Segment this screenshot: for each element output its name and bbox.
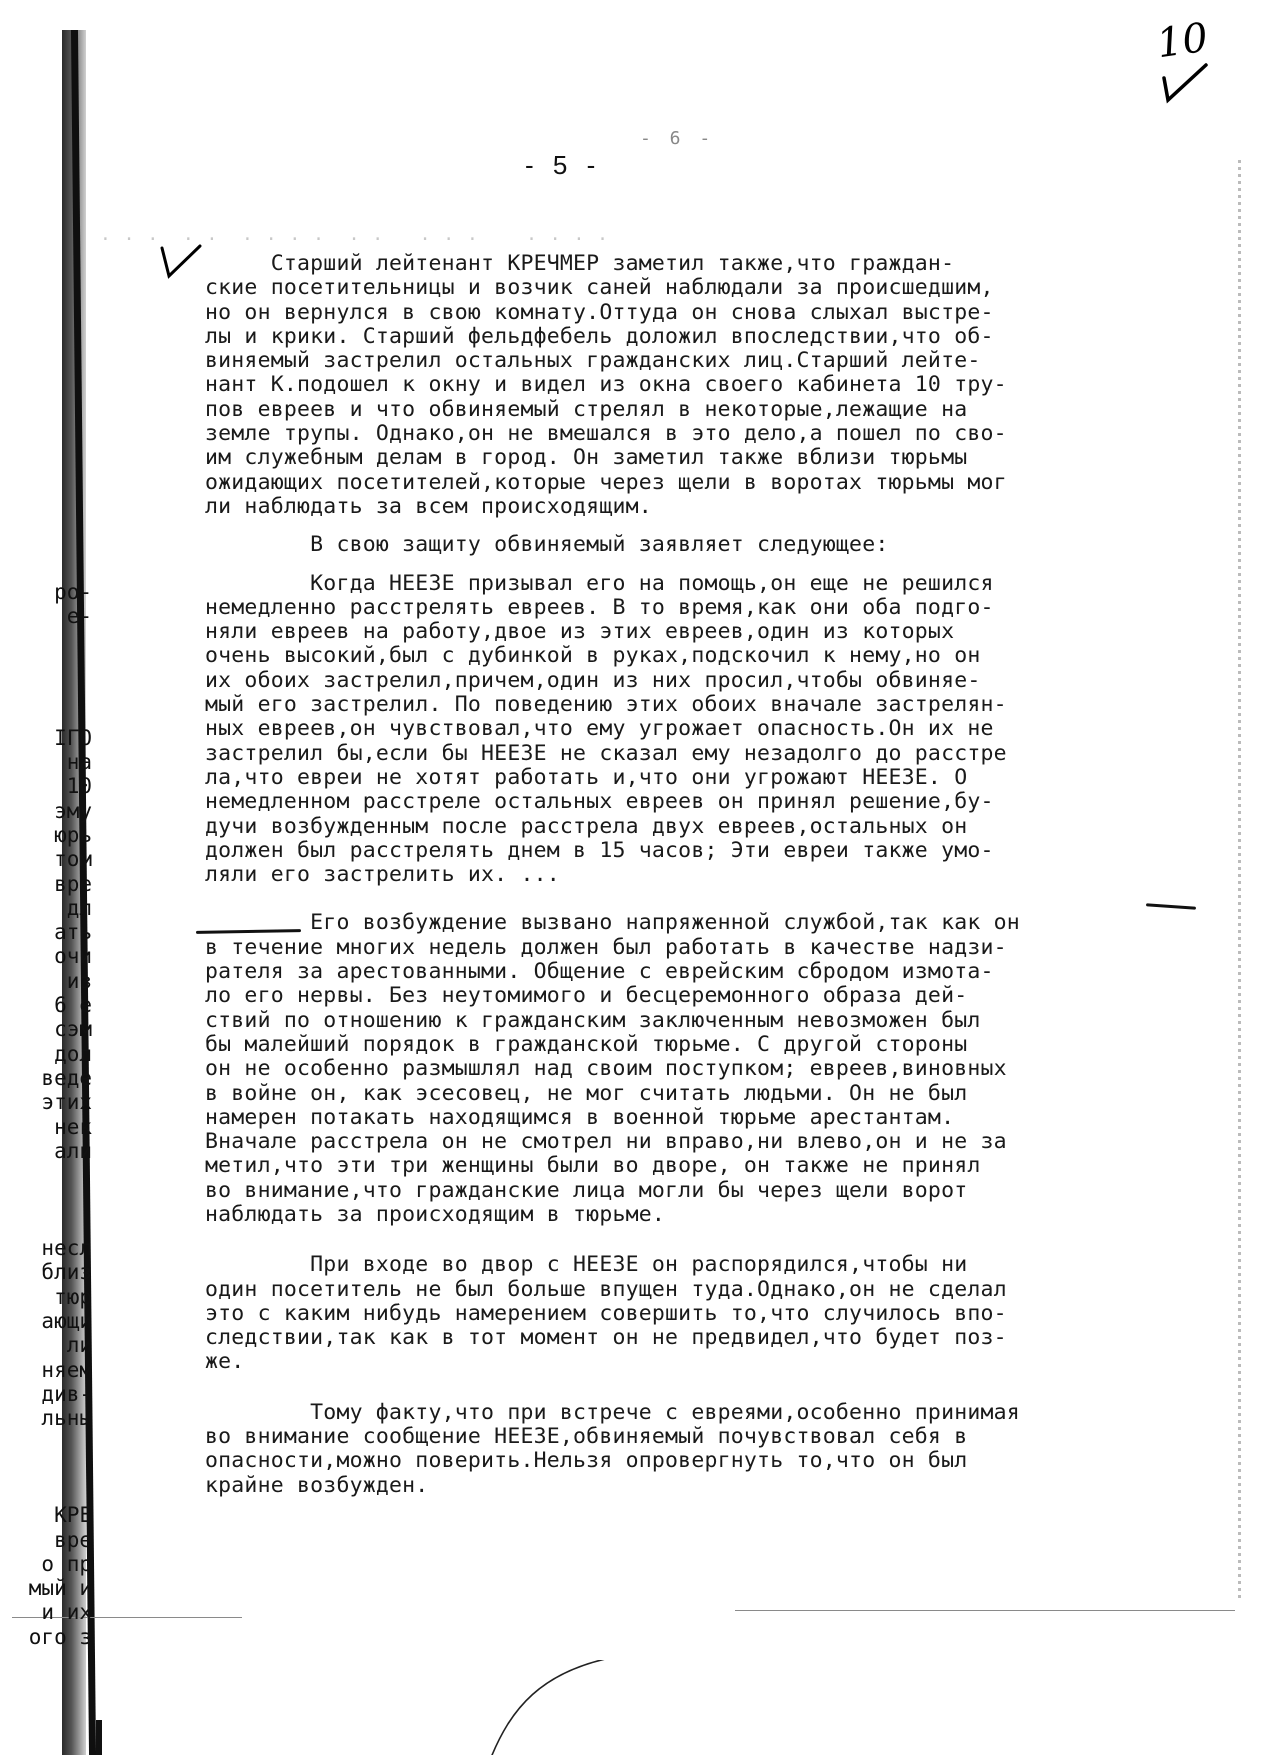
margin-fragment: е- [12, 604, 92, 628]
text-line: нант К.подошел к окну и видел из окна св… [205, 373, 1255, 397]
page-number: - 5 - [525, 150, 601, 181]
margin-fragment [12, 1430, 92, 1454]
margin-fragment: ающи [12, 1309, 92, 1333]
text-line: во внимание сообщение НЕЕЗЕ,обвиняемый п… [205, 1425, 1255, 1449]
text-line: Вначале расстрела он не смотрел ни вправ… [205, 1130, 1255, 1154]
margin-fragment: ро- [12, 580, 92, 604]
margin-fragment: див- [12, 1382, 92, 1406]
margin-fragment: сэм [12, 1017, 92, 1041]
text-line: ские посетительницы и возчик саней наблю… [205, 276, 1255, 300]
text-line: Тому факту,что при встрече с евреями,осо… [205, 1401, 1255, 1425]
paragraph-gap [205, 1375, 1255, 1401]
adjacent-page-margin-fragments: ро-е- IГОна10эмуюрьтомвредлатьочииз6 есэ… [12, 580, 92, 1649]
margin-fragment [12, 1187, 92, 1211]
margin-fragment: несл [12, 1236, 92, 1260]
margin-fragment: ли [12, 1333, 92, 1357]
margin-fragment: близ [12, 1260, 92, 1284]
text-line: очень высокий,был с дубинкой в руках,под… [205, 644, 1255, 668]
text-line: виняемый застрелил остальных гражданских… [205, 349, 1255, 373]
text-line: застрелил бы,если бы НЕЕЗЕ не сказал ему… [205, 742, 1255, 766]
text-line: Когда НЕЕЗЕ призывал его на помощь,он ещ… [205, 572, 1255, 596]
margin-fragment: али [12, 1139, 92, 1163]
margin-fragment: КРЕ [12, 1503, 92, 1527]
margin-fragment [12, 701, 92, 725]
bottom-rule-right [735, 1610, 1235, 1611]
margin-fragment [12, 677, 92, 701]
paragraph-gap [205, 1227, 1255, 1253]
text-line: В свою защиту обвиняемый заявляет следую… [205, 533, 1255, 557]
margin-fragment: веде [12, 1066, 92, 1090]
margin-fragment: о пр [12, 1552, 92, 1576]
text-line: Старший лейтенант КРЕЧМЕР заметил также,… [205, 252, 1255, 276]
text-line: в войне он, как эсесовец, не мог считать… [205, 1082, 1255, 1106]
paragraph-neese-help: Когда НЕЕЗЕ призывал его на помощь,он ещ… [205, 572, 1255, 888]
text-line: метил,что эти три женщины были во дворе,… [205, 1154, 1255, 1178]
pen-stroke [470, 1660, 670, 1755]
margin-fragment: вре [12, 872, 92, 896]
text-line: дучи возбужденным после расстрела двух е… [205, 815, 1255, 839]
margin-fragment: ого з [12, 1625, 92, 1649]
text-line: крайне возбужден. [205, 1474, 1255, 1498]
text-line: во внимание,что гражданские лица могли б… [205, 1179, 1255, 1203]
text-line: это с каким нибудь намерением совершить … [205, 1302, 1255, 1326]
text-line: бы малейший порядок в гражданской тюрьме… [205, 1033, 1255, 1057]
text-line: их обоих застрелил,причем,один из них пр… [205, 669, 1255, 693]
text-line: же. [205, 1350, 1255, 1374]
paragraph-conclusion: Тому факту,что при встрече с евреями,осо… [205, 1401, 1255, 1498]
paragraph-gap [205, 558, 1255, 572]
text-line: опасности,можно поверить.Нельзя опроверг… [205, 1449, 1255, 1473]
paragraph-gap [205, 887, 1255, 911]
text-line: он не особенно размышлял над своим посту… [205, 1057, 1255, 1081]
margin-fragment: мый и [12, 1576, 92, 1600]
text-line: рателя за арестованными. Общение с еврей… [205, 960, 1255, 984]
margin-fragment: юрь [12, 823, 92, 847]
text-line: няли евреев на работу,двое из этих еврее… [205, 620, 1255, 644]
heading-defense: В свою защиту обвиняемый заявляет следую… [205, 533, 1255, 557]
bleed-through-text: · · · · · · · · · · · · · · · · · · [100, 228, 609, 252]
text-line: немедленном расстреле остальных евреев о… [205, 790, 1255, 814]
scanned-document-page: 10 - 6 - - 5 - · · · · · · · · · · · · ·… [0, 0, 1275, 1755]
margin-fragment: IГО [12, 726, 92, 750]
text-line: ожидающих посетителей,которые через щели… [205, 471, 1255, 495]
text-line: ных евреев,он чувствовал,что ему угрожае… [205, 717, 1255, 741]
document-body: Старший лейтенант КРЕЧМЕР заметил также,… [205, 252, 1255, 1498]
handwritten-check-icon [1160, 60, 1210, 105]
text-line: но он вернулся в свою комнату.Оттуда он … [205, 301, 1255, 325]
text-line: ляли его застрелить их. ... [205, 863, 1255, 887]
margin-fragment: тюр [12, 1285, 92, 1309]
margin-fragment: том [12, 847, 92, 871]
margin-fragment [12, 1455, 92, 1479]
text-line: лы и крики. Старший фельдфебель доложил … [205, 325, 1255, 349]
margin-fragment: няем [12, 1358, 92, 1382]
text-line: наблюдать за происходящим в тюрьме. [205, 1203, 1255, 1227]
margin-fragment [12, 1479, 92, 1503]
margin-fragment: нек [12, 1115, 92, 1139]
margin-fragment: вре [12, 1528, 92, 1552]
paragraph-excitement: Его возбуждение вызвано напряженной служ… [205, 911, 1255, 1227]
paragraph-courtyard: При входе во двор с НЕЕЗЕ он распорядилс… [205, 1253, 1255, 1374]
text-line: следствии,так как в тот момент он не пре… [205, 1326, 1255, 1350]
margin-fragment: эму [12, 799, 92, 823]
text-line: немедленно расстрелять евреев. В то врем… [205, 596, 1255, 620]
text-line: намерен потакать находящимся в военной т… [205, 1106, 1255, 1130]
margin-fragment: льны [12, 1406, 92, 1430]
margin-fragment: и их [12, 1600, 92, 1624]
faint-page-number: - 6 - [640, 128, 714, 149]
margin-fragment [12, 629, 92, 653]
text-line: ла,что евреи не хотят работать и,что они… [205, 766, 1255, 790]
text-line: ли наблюдать за всем происходящим. [205, 495, 1255, 519]
text-line: Его возбуждение вызвано напряженной служ… [205, 911, 1255, 935]
text-line: мый его застрелил. По поведению этих обо… [205, 693, 1255, 717]
text-line: должен был расстрелять днем в 15 часов; … [205, 839, 1255, 863]
text-line: пов евреев и что обвиняемый стрелял в не… [205, 398, 1255, 422]
margin-fragment: на [12, 750, 92, 774]
margin-fragment [12, 653, 92, 677]
binding-foot [96, 1720, 102, 1755]
margin-fragment: 6 е [12, 993, 92, 1017]
margin-fragment: дл [12, 896, 92, 920]
text-line: в течение многих недель должен был работ… [205, 936, 1255, 960]
margin-fragment: очи [12, 944, 92, 968]
text-line: При входе во двор с НЕЕЗЕ он распорядилс… [205, 1253, 1255, 1277]
margin-fragment [12, 1163, 92, 1187]
text-line: земле трупы. Однако,он не вмешался в это… [205, 422, 1255, 446]
text-line: ло его нервы. Без неутомимого и бесцерем… [205, 984, 1255, 1008]
text-line: один посетитель не был больше впущен туд… [205, 1278, 1255, 1302]
paragraph-kretschmer: Старший лейтенант КРЕЧМЕР заметил также,… [205, 252, 1255, 519]
margin-fragment: дол [12, 1042, 92, 1066]
margin-fragment [12, 1212, 92, 1236]
margin-fragment: ать [12, 920, 92, 944]
margin-fragment: 10 [12, 774, 92, 798]
margin-fragment: этих [12, 1090, 92, 1114]
text-line: ствий по отношению к гражданским заключе… [205, 1009, 1255, 1033]
margin-fragment: из [12, 969, 92, 993]
paragraph-gap [205, 519, 1255, 533]
text-line: им служебным делам в город. Он заметил т… [205, 446, 1255, 470]
